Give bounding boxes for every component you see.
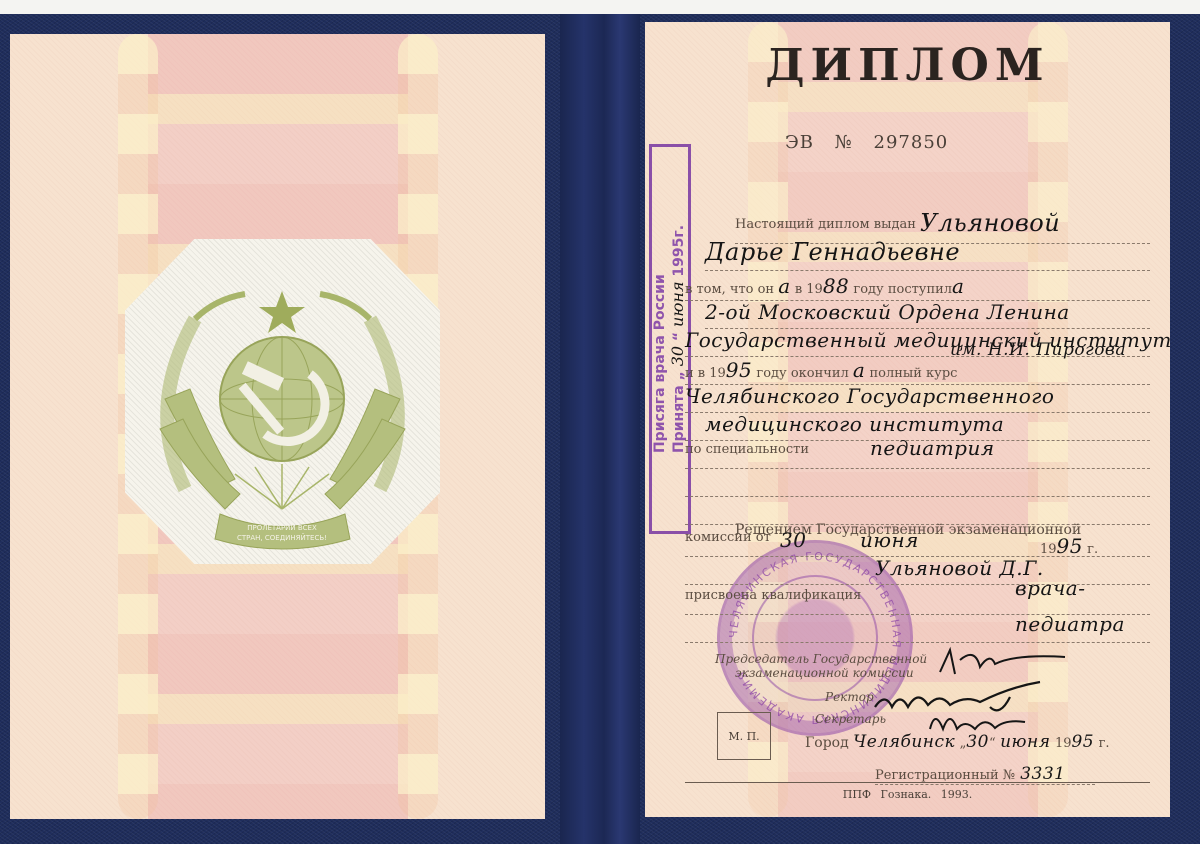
blank-line (685, 498, 1150, 525)
qualification-line-2: педиатра (685, 616, 1150, 643)
graduated-year: 95 (726, 358, 752, 382)
decision-month: июня (860, 528, 919, 552)
city-date-line: Город Челябинск „30“ июня 1995 г. (805, 732, 1110, 752)
qualification-1: врача- (1015, 576, 1086, 600)
diploma-number: 297850 (874, 132, 949, 153)
oath-year: 1995г. (671, 225, 687, 277)
seal-place-box: М. П. (717, 712, 771, 760)
registration-number: 3331 (1020, 764, 1065, 784)
right-page: ДИПЛОМ ЭВ № 297850 Присяга врача России … (645, 22, 1170, 817)
document-title: ДИПЛОМ (645, 40, 1170, 91)
svg-text:СТРАН, СОЕДИНЯЙТЕСЬ!: СТРАН, СОЕДИНЯЙТЕСЬ! (237, 533, 327, 542)
enrolled-year: 88 (823, 274, 849, 298)
enrolled-institution-line-1: 2-ой Московский Ордена Ленина (705, 302, 1150, 329)
enrolled-line: в том, что он а в 1988 году поступила (685, 274, 1150, 301)
svg-text:ПРОЛЕТАРИИ ВСЕХ: ПРОЛЕТАРИИ ВСЕХ (247, 524, 317, 532)
specialty: педиатрия (870, 436, 995, 460)
chairman-signature-icon (935, 642, 1075, 682)
issue-year: 95 (1071, 732, 1094, 752)
number-sign: № (835, 132, 853, 153)
printer-note: ППФ Гознака. 1993. (645, 788, 1170, 801)
footer-divider (685, 782, 1150, 783)
emblem-panel: ПРОЛЕТАРИИ ВСЕХ СТРАН, СОЕДИНЯЙТЕСЬ! (125, 239, 440, 564)
issue-day: 30 (966, 732, 989, 752)
qualification-line: присвоена квалификация врача- (685, 588, 1150, 615)
recipient-name: Дарье Геннадьевне (705, 238, 960, 266)
decision-day: 30 (780, 528, 806, 552)
blank-line (685, 470, 1150, 497)
decision-year: 95 (1057, 534, 1083, 558)
ussr-emblem-icon: ПРОЛЕТАРИИ ВСЕХ СТРАН, СОЕДИНЯЙТЕСЬ! (125, 239, 440, 564)
chairman-label-1: Председатель Государственной (715, 652, 927, 666)
secretary-label: Секретарь (815, 712, 886, 726)
commission-date-line: комиссии от 30 июня 1995 г. (685, 530, 1150, 557)
city: Челябинск (853, 732, 955, 752)
oath-stamp-line1: Присяга врача России (652, 225, 669, 453)
diploma-serial-number: ЭВ № 297850 (785, 132, 948, 153)
series: ЭВ (785, 132, 814, 153)
recipient-name-line: Дарье Геннадьевне (705, 244, 1150, 271)
left-page: ПРОЛЕТАРИИ ВСЕХ СТРАН, СОЕДИНЯЙТЕСЬ! (10, 34, 545, 819)
issue-month: июня (1000, 732, 1050, 752)
graduated-line: и в 1995 году окончил а полный курс им. … (685, 358, 1150, 385)
rector-label: Ректор (825, 690, 874, 704)
qualification-2: педиатра (1015, 612, 1125, 636)
recipient-surname: Ульяновой (920, 209, 1060, 237)
specialty-line: по специальности педиатрия (685, 442, 1150, 469)
cover-spine (560, 14, 640, 844)
graduated-institution-line-1: Челябинского Государственного (685, 386, 1150, 413)
